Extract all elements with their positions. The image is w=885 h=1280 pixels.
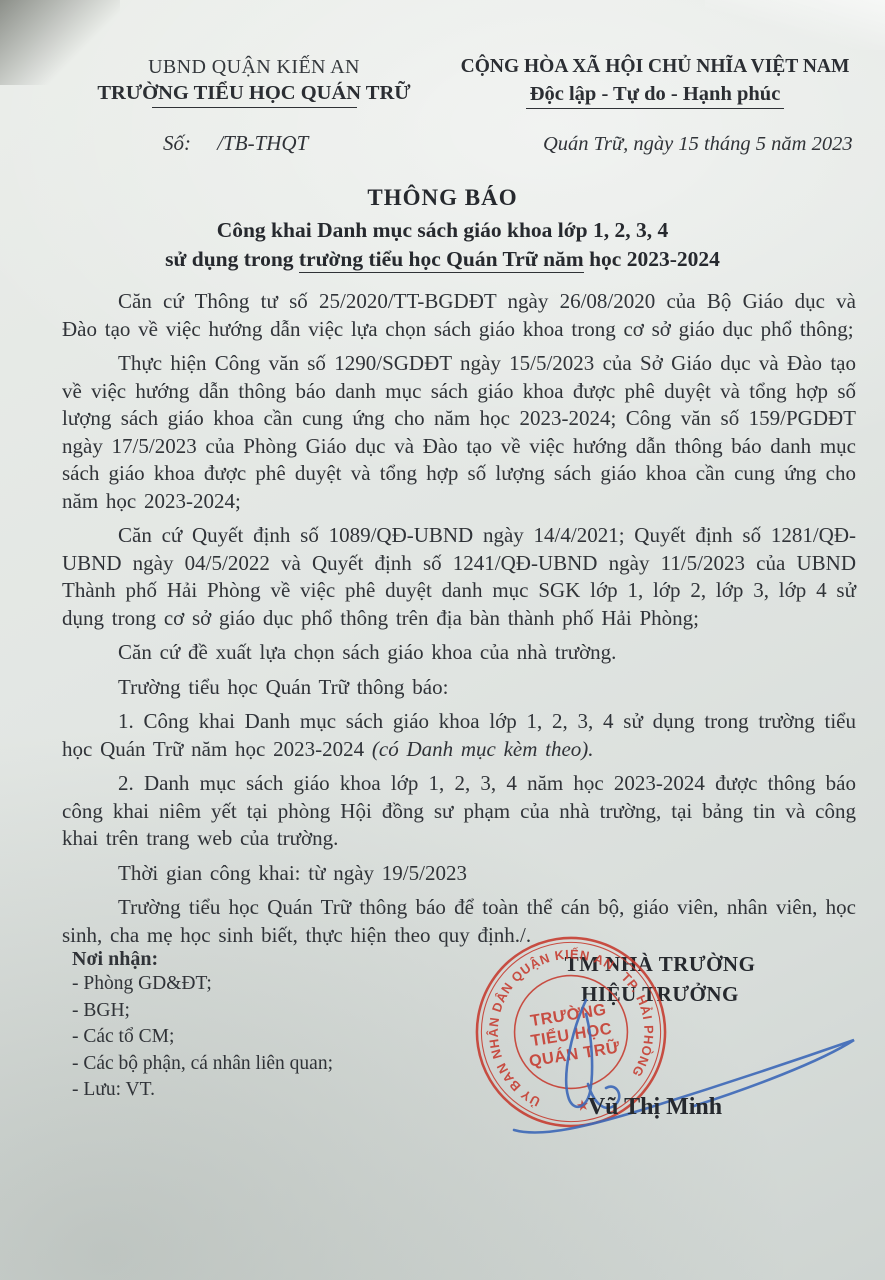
- issuer-authority: UBND QUẬN KIẾN AN: [58, 56, 450, 79]
- subject-suffix: học 2023-2024: [584, 247, 720, 271]
- document-type-title: THÔNG BÁO: [0, 185, 885, 211]
- recipients-label: Nơi nhận:: [72, 948, 333, 971]
- document-subject-line2: sử dụng trong trường tiểu học Quán Trữ n…: [0, 247, 885, 272]
- document-page: UBND QUẬN KIẾN AN TRƯỜNG TIỂU HỌC QUÁN T…: [0, 0, 885, 1280]
- paragraph-publish-time: Thời gian công khai: từ ngày 19/5/2023: [62, 860, 856, 888]
- handwritten-signature: [498, 988, 868, 1153]
- national-title: CỘNG HÒA XÃ HỘI CHỦ NHĨA VIỆT NAM: [438, 56, 872, 78]
- recipient-item: - Các bộ phận, cá nhân liên quan;: [72, 1051, 333, 1078]
- photo-corner-highlight: [705, 0, 885, 50]
- paragraph-legal-basis-4: Căn cứ đề xuất lựa chọn sách giáo khoa c…: [62, 639, 856, 667]
- paragraph-closing: Trường tiểu học Quán Trữ thông báo để to…: [62, 894, 856, 949]
- paragraph-legal-basis-2: Thực hiện Công văn số 1290/SGDĐT ngày 15…: [62, 350, 856, 515]
- paragraph-item-1: 1. Công khai Danh mục sách giáo khoa lớp…: [62, 708, 856, 763]
- recipient-item: - BGH;: [72, 998, 333, 1025]
- issuer-school-name: TRƯỜNG TIỂU HỌC QUÁN TRỮ: [58, 82, 450, 105]
- paragraph-legal-basis-1: Căn cứ Thông tư số 25/2020/TT-BGDĐT ngày…: [62, 288, 856, 343]
- document-body: Căn cứ Thông tư số 25/2020/TT-BGDĐT ngày…: [62, 288, 856, 956]
- issuer-block: UBND QUẬN KIẾN AN TRƯỜNG TIỂU HỌC QUÁN T…: [58, 56, 450, 108]
- recipients-block: Nơi nhận: - Phòng GD&ĐT; - BGH; - Các tổ…: [72, 948, 333, 1104]
- paragraph-item-2: 2. Danh mục sách giáo khoa lớp 1, 2, 3, …: [62, 770, 856, 853]
- item-1-note: (có Danh mục kèm theo).: [372, 737, 594, 761]
- subject-underlined: trường tiểu học Quán Trữ năm: [299, 247, 584, 273]
- recipient-item: - Các tổ CM;: [72, 1024, 333, 1051]
- issuer-underline: [152, 107, 357, 108]
- paragraph-legal-basis-3: Căn cứ Quyết định số 1089/QĐ-UBND ngày 1…: [62, 522, 856, 632]
- place-and-date: Quán Trữ, ngày 15 tháng 5 năm 2023: [543, 133, 853, 156]
- document-number: Số: /TB-THQT: [163, 131, 308, 156]
- signer-name: Vũ Thị Minh: [530, 1094, 780, 1121]
- document-subject-line1: Công khai Danh mục sách giáo khoa lớp 1,…: [0, 218, 885, 243]
- subject-prefix: sử dụng trong: [165, 247, 299, 271]
- recipient-item: - Phòng GD&ĐT;: [72, 971, 333, 998]
- recipient-item: - Lưu: VT.: [72, 1077, 333, 1104]
- paragraph-announcement-intro: Trường tiểu học Quán Trữ thông báo:: [62, 674, 856, 702]
- document-title-block: THÔNG BÁO Công khai Danh mục sách giáo k…: [0, 185, 885, 272]
- national-motto-block: CỘNG HÒA XÃ HỘI CHỦ NHĨA VIỆT NAM Độc lậ…: [438, 56, 872, 109]
- national-motto: Độc lập - Tự do - Hạnh phúc: [526, 83, 785, 109]
